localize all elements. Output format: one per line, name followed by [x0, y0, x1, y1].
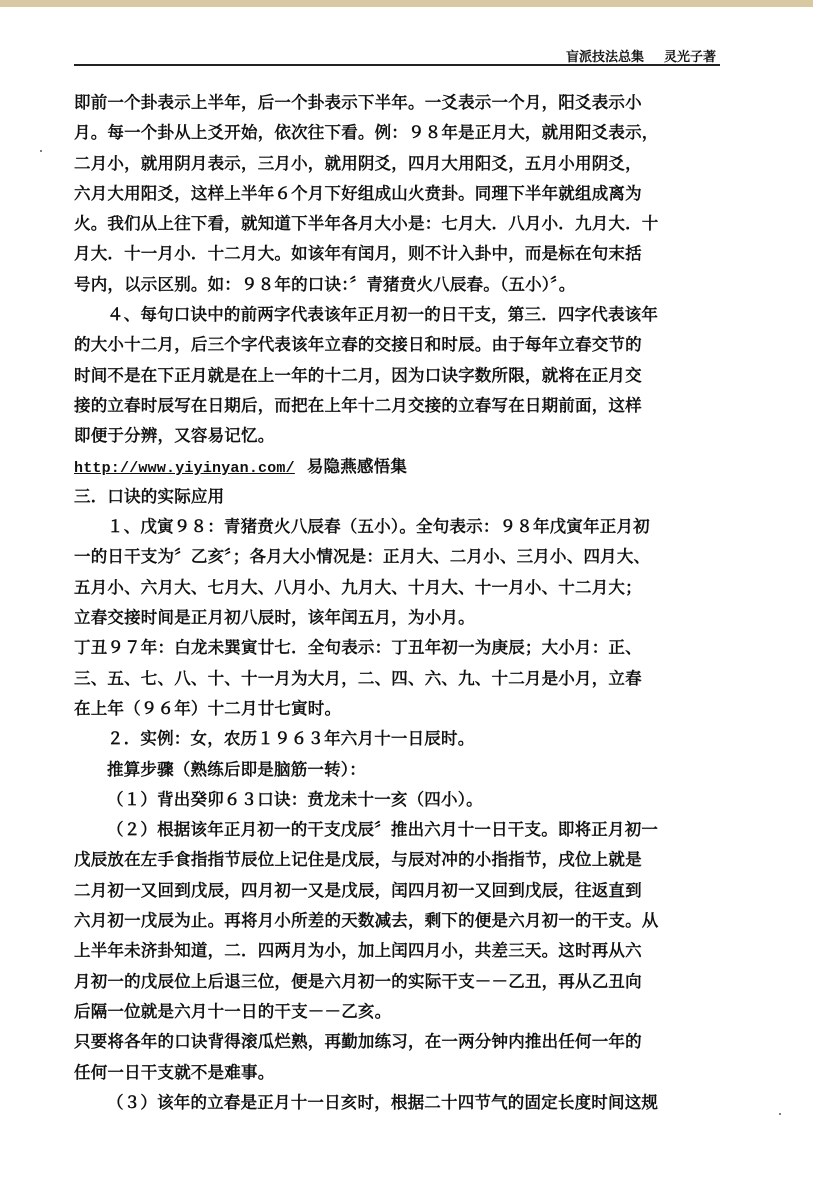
steps-heading: 推算步骤（熟练后即是脑筋一转）：: [74, 755, 724, 785]
text-line: 任何一日干支就不是难事。: [74, 1058, 724, 1088]
header-title: 盲派技法总集灵光子著: [566, 46, 716, 65]
text-line: 一的日干支为〞乙亥〞；各月大小情况是：正月大、二月小、三月小、四月大、: [74, 542, 724, 572]
text-line: 的大小十二月，后三个字代表该年立春的交接日和时辰。由于每年立春交节的: [74, 330, 724, 360]
text-line: 二月小，就用阴月表示，三月小，就用阴爻，四月大用阳爻，五月小用阴爻，: [74, 149, 724, 179]
page-header: 盲派技法总集灵光子著: [74, 42, 720, 66]
text-line: 后隔一位就是六月十一日的干支－－乙亥。: [74, 997, 724, 1027]
text-line: 即便于分辨，又容易记忆。: [74, 421, 724, 451]
paragraph-start-1: １、戊寅９８：青猪贲火八辰春（五小）。全句表示：９８年戊寅年正月初: [74, 512, 724, 542]
text-line: 号内，以示区别。如：９８年的口诀：〞青猪贲火八辰春。（五小）〞。: [74, 270, 724, 300]
paragraph-start-2: ２．实例：女，农历１９６３年六月十一日辰时。: [74, 724, 724, 754]
site-name: 易隐燕感悟集: [307, 457, 407, 476]
text-line: 只要将各年的口诀背得滚瓜烂熟，再勤加练习，在一两分钟内推出任何一年的: [74, 1027, 724, 1057]
book-title: 盲派技法总集: [566, 50, 644, 65]
text-line: 月大．十一月小．十二月大。如该年有闰月，则不计入卦中，而是标在句末括: [74, 239, 724, 269]
page-body: 即前一个卦表示上半年，后一个卦表示下半年。一爻表示一个月，阳爻表示小 月。每一个…: [74, 88, 724, 1118]
text-line: 戊辰放在左手食指指节辰位上记住是戊辰，与辰对冲的小指指节，戌位上就是: [74, 845, 724, 875]
text-line: 立春交接时间是正月初八辰时，该年闰五月，为小月。: [74, 603, 724, 633]
text-line: 上半年未济卦知道，二．四两月为小，加上闰四月小，共差三天。这时再从六: [74, 936, 724, 966]
text-line: 月初一的戊辰位上后退三位，便是六月初一的实际干支－－乙丑，再从乙丑向: [74, 967, 724, 997]
text-line: 火。我们从上往下看，就知道下半年各月大小是：七月大．八月小．九月大．十: [74, 209, 724, 239]
text-line: 六月大用阳爻，这样上半年６个月下好组成山火贲卦。同理下半年就组成离为: [74, 179, 724, 209]
text-line: 丁丑９７年：白龙未巽寅廿七．全句表示：丁丑年初一为庚辰；大小月：正、: [74, 633, 724, 663]
text-line: 在上年（９６年）十二月廿七寅时。: [74, 694, 724, 724]
scan-speck: [779, 1113, 781, 1115]
step-2: （２）根据该年正月初一的干支戊辰〞推出六月十一日干支。即将正月初一: [74, 815, 724, 845]
text-line: 五月小、六月大、七月大、八月小、九月大、十月大、十一月小、十二月大；: [74, 573, 724, 603]
text-line: 接的立春时辰写在日期后，而把在上年十二月交接的立春写在日期前面，这样: [74, 391, 724, 421]
text-line: 六月初一戊辰为止。再将月小所差的天数减去，剩下的便是六月初一的干支。从: [74, 906, 724, 936]
step-1: （１）背出癸卯６３口诀：贲龙未十一亥（四小）。: [74, 785, 724, 815]
step-3: （３）该年的立春是正月十一日亥时，根据二十四节气的固定长度时间这规: [74, 1088, 724, 1118]
top-border-bar: [0, 0, 813, 7]
scan-speck: [40, 150, 42, 152]
section-heading: 三．口诀的实际应用: [74, 482, 724, 512]
text-line: 三、五、七、八、十、十一月为大月，二、四、六、九、十二月是小月，立春: [74, 664, 724, 694]
text-line: 二月初一又回到戊辰，四月初一又是戊辰，闰四月初一又回到戊辰，往返直到: [74, 876, 724, 906]
author: 灵光子著: [664, 50, 716, 65]
website-link[interactable]: http://www.yiyinyan.com/: [74, 460, 295, 477]
text-line: 时间不是在下正月就是在上一年的十二月，因为口诀字数所限，就将在正月交: [74, 361, 724, 391]
text-line: 月。每一个卦从上爻开始，依次往下看。例：９８年是正月大，就用阳爻表示，: [74, 118, 724, 148]
source-link-line: http://www.yiyinyan.com/易隐燕感悟集: [74, 452, 724, 482]
paragraph-start-4: ４、每句口诀中的前两字代表该年正月初一的日干支，第三．四字代表该年: [74, 300, 724, 330]
text-line: 即前一个卦表示上半年，后一个卦表示下半年。一爻表示一个月，阳爻表示小: [74, 88, 724, 118]
